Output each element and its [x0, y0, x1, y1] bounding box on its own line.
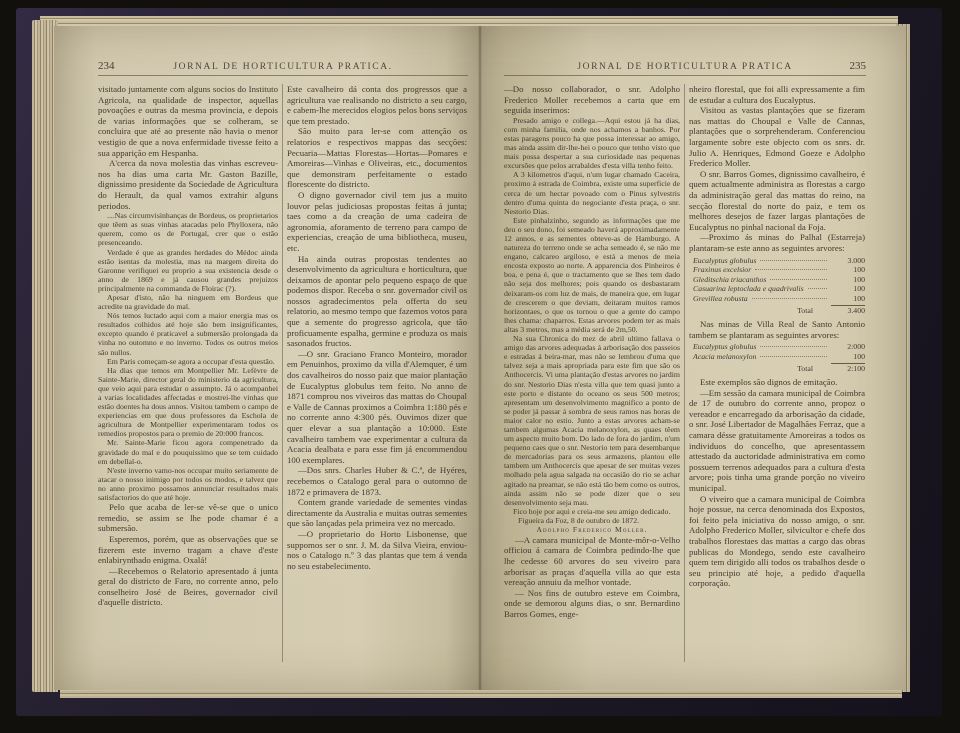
- left-page-column-1: visitado juntamente com alguns socios do…: [98, 84, 278, 662]
- species-count: 100: [831, 265, 865, 275]
- left-page-header: 234 JORNAL DE HORTICULTURA PRATICA.: [98, 60, 468, 76]
- species-count: 100: [831, 294, 865, 304]
- column-rule: [282, 84, 283, 662]
- paragraph: —O proprietario do Horto Lisbonense, que…: [287, 529, 467, 571]
- paragraph: O snr. Barros Gomes, dignissimo cavalhei…: [689, 169, 865, 233]
- paragraph: Figueira da Foz, 8 de outubro de 1872.: [504, 516, 680, 525]
- paragraph: São muito para ler-se com attenção os re…: [287, 126, 467, 190]
- paragraph: Visitou as vastas plantações que se fize…: [689, 105, 865, 169]
- right-page-column-2: nheiro florestal, que foi alli expressam…: [689, 84, 865, 662]
- paragraph: Nós temos luctado aqui com a maior energ…: [98, 311, 278, 356]
- paragraph: Apesar d'isto, não ha ninguem em Bordeus…: [98, 293, 278, 311]
- table-total-row: Total3.400: [693, 305, 865, 316]
- dot-leader: [760, 356, 827, 357]
- right-page-header: JORNAL DE HORTICULTURA PRATICA 235: [504, 60, 866, 76]
- column-rule: [684, 84, 685, 662]
- table-row: Grevillea robusta100: [693, 294, 865, 304]
- species-name: Gleditschia triacanthos: [693, 275, 766, 285]
- species-count: 100: [831, 275, 865, 285]
- right-running-title: JORNAL DE HORTICULTURA PRATICA: [548, 62, 822, 72]
- scanned-book-photo: { "book": { "left_page": { "page_number"…: [0, 0, 960, 733]
- paragraph: A'cerca da nova molestia das vinhas escr…: [98, 158, 278, 211]
- planting-table: Eucalyptus globulus3.000Fraxinus excelsi…: [693, 256, 865, 317]
- left-running-title: JORNAL DE HORTICULTURA PRATICA.: [142, 62, 424, 72]
- table-row: Fraxinus excelsior100: [693, 265, 865, 275]
- species-count: 100: [831, 284, 865, 294]
- species-name: Grevillea robusta: [693, 294, 748, 304]
- paragraph: visitado juntamente com alguns socios do…: [98, 84, 278, 158]
- left-page-columns: visitado juntamente com alguns socios do…: [98, 84, 468, 690]
- table-row: Eucalyptus globulus2:000: [693, 342, 865, 352]
- table-row: Acacia melanoxylon100: [693, 352, 865, 362]
- paragraph: Em Paris começam-se agora a occupar d'es…: [98, 357, 278, 366]
- paragraph: Este cavalheiro dá conta dos progressos …: [287, 84, 467, 126]
- paragraph: Verdade é que as grandes herdades do Méd…: [98, 248, 278, 293]
- table-total-row: Total2:100: [693, 363, 865, 374]
- species-count: 100: [831, 352, 865, 362]
- paragraph: Este exemplos são dignos de emitação.: [689, 377, 865, 388]
- paragraph: O viveiro que a camara municipal de Coim…: [689, 494, 865, 589]
- paragraph: Pelo que acaba de ler-se vê-se que o uni…: [98, 502, 278, 534]
- paragraph: —A camara municipal de Monte-môr-o-Velho…: [504, 535, 680, 588]
- total-label: Total: [797, 306, 831, 316]
- paragraph: Nas minas de Villa Real de Santo Antonio…: [689, 319, 865, 340]
- total-value: 2:100: [831, 363, 865, 374]
- right-page: JORNAL DE HORTICULTURA PRATICA 235 —Do n…: [480, 26, 906, 690]
- paragraph: Na sua Chronica do mez de abril ultimo f…: [504, 334, 680, 507]
- paragraph: Contem grande variedade de sementes vind…: [287, 497, 467, 529]
- dot-leader: [760, 260, 827, 261]
- paragraph: Ha dias que temos em Montpellier Mr. Lef…: [98, 366, 278, 439]
- species-name: Eucalyptus globulus: [693, 342, 756, 352]
- left-page-column-2: Este cavalheiro dá conta dos progressos …: [287, 84, 467, 662]
- paragraph: Esperemos, porém, que as observações que…: [98, 534, 278, 566]
- book-gutter-shadow: [478, 26, 482, 690]
- paragraph: —Em sessão da camara municipal de Coimbr…: [689, 388, 865, 494]
- table-row: Gleditschia triacanthos100: [693, 275, 865, 285]
- species-name: Fraxinus excelsior: [693, 265, 751, 275]
- paragraph: —Recebemos o Relatorio apresentado á jun…: [98, 566, 278, 608]
- paragraph: nheiro florestal, que foi alli expressam…: [689, 84, 865, 105]
- paragraph: Mr. Sainte-Marie ficou agora compenetrad…: [98, 438, 278, 465]
- paragraph: Ha ainda outras propostas tendentes ao d…: [287, 254, 467, 349]
- species-count: 2:000: [831, 342, 865, 352]
- total-value: 3.400: [831, 305, 865, 316]
- species-name: Casuarina leptoclada e quadrivalis: [693, 284, 804, 294]
- paragraph: N'este inverno vamo-nos occupar muito se…: [98, 466, 278, 502]
- dot-leader: [755, 269, 827, 270]
- paragraph: Adolpho Frederico Moller.: [504, 525, 680, 534]
- dot-leader: [770, 279, 827, 280]
- total-label: Total: [797, 364, 831, 374]
- paragraph: Este pinhalzinho, segundo as informações…: [504, 216, 680, 334]
- table-row: Eucalyptus globulus3.000: [693, 256, 865, 266]
- dot-leader: [808, 288, 827, 289]
- left-page-number: 234: [98, 60, 142, 72]
- table-row: Casuarina leptoclada e quadrivalis100: [693, 284, 865, 294]
- species-name: Eucalyptus globulus: [693, 256, 756, 266]
- paragraph: Presado amigo e collega.—Aqui estou já h…: [504, 116, 680, 171]
- species-name: Acacia melanoxylon: [693, 352, 756, 362]
- dot-leader: [760, 346, 827, 347]
- paragraph: Fico hoje por aqui e creia-me seu amigo …: [504, 507, 680, 516]
- paragraph: O digno governador civil tem jus a muito…: [287, 190, 467, 254]
- species-count: 3.000: [831, 256, 865, 266]
- paragraph: — Nos fins de outubro esteve em Coimbra,…: [504, 588, 680, 620]
- paragraph: ....Nas circumvisinhanças de Bordeus, os…: [98, 211, 278, 247]
- paragraph: —Proximo ás minas do Palhal (Estarreja) …: [689, 232, 865, 253]
- right-page-column-1: —Do nosso collaborador, o snr. Adolpho F…: [504, 84, 680, 662]
- paragraph: A 3 kilometros d'aqui, n'um lugar chamad…: [504, 170, 680, 215]
- left-page: 234 JORNAL DE HORTICULTURA PRATICA. visi…: [54, 26, 480, 690]
- paragraph: —O snr. Graciano Franco Monteiro, morado…: [287, 349, 467, 466]
- right-page-columns: —Do nosso collaborador, o snr. Adolpho F…: [504, 84, 866, 690]
- paragraph: —Dos snrs. Charles Huber & C.ª, de Hyére…: [287, 465, 467, 497]
- dot-leader: [752, 298, 827, 299]
- paragraph: —Do nosso collaborador, o snr. Adolpho F…: [504, 84, 680, 116]
- planting-table: Eucalyptus globulus2:000Acacia melanoxyl…: [693, 342, 865, 374]
- right-page-number: 235: [822, 60, 866, 72]
